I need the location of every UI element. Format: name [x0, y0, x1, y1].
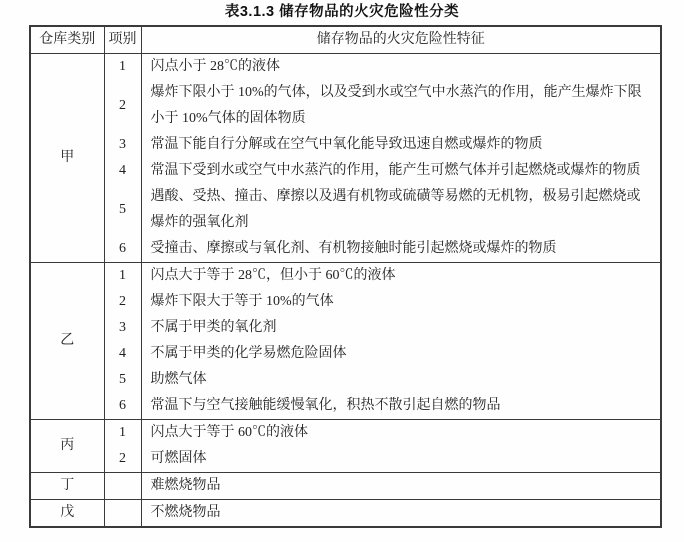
table-row: 乙 1 闪点大于等于 28℃，但小于 60℃的液体: [30, 263, 661, 290]
table-row: 2 可燃固体: [30, 446, 661, 473]
feature-cell: 爆炸下限小于 10%的气体，以及受到水或空气中水蒸汽的作用，能产生爆炸下限小于 …: [141, 80, 661, 132]
table-row: 3 不属于甲类的氧化剂: [30, 315, 661, 341]
feature-cell: 常温下与空气接触能缓慢氧化，积热不散引起自燃的物品: [141, 393, 661, 420]
feature-cell: 闪点大于等于 28℃，但小于 60℃的液体: [141, 263, 661, 290]
table-title: 表3.1.3 储存物品的火灾危险性分类: [0, 0, 684, 23]
item-no-cell: 2: [104, 80, 141, 132]
header-row: 仓库类别 项别 储存物品的火灾危险性特征: [30, 26, 661, 54]
item-no-cell: 3: [104, 315, 141, 341]
item-no-cell: 6: [104, 236, 141, 263]
table-row: 戊 不燃烧物品: [30, 500, 661, 528]
category-cell-jia: 甲: [30, 54, 104, 263]
table-row: 4 常温下受到水或空气中水蒸汽的作用，能产生可燃气体并引起燃烧或爆炸的物质: [30, 158, 661, 184]
feature-cell: 助燃气体: [141, 367, 661, 393]
item-no-cell: 6: [104, 393, 141, 420]
table-row: 4 不属于甲类的化学易燃危险固体: [30, 341, 661, 367]
item-no-cell: 4: [104, 158, 141, 184]
table-row: 甲 1 闪点小于 28℃的液体: [30, 54, 661, 81]
item-no-cell: 1: [104, 54, 141, 81]
table-row: 2 爆炸下限大于等于 10%的气体: [30, 289, 661, 315]
category-section-ding: 丁 难燃烧物品: [30, 473, 661, 500]
item-no-cell: 1: [104, 263, 141, 290]
feature-cell: 爆炸下限大于等于 10%的气体: [141, 289, 661, 315]
feature-cell: 受撞击、摩擦或与氧化剂、有机物接触时能引起燃烧或爆炸的物质: [141, 236, 661, 263]
item-no-cell: 5: [104, 184, 141, 236]
feature-cell: 常温下能自行分解或在空气中氧化能导致迅速自燃或爆炸的物质: [141, 132, 661, 158]
category-section-wu: 戊 不燃烧物品: [30, 500, 661, 528]
col-header-hazard-feature: 储存物品的火灾危险性特征: [141, 26, 661, 54]
feature-cell: 不燃烧物品: [141, 500, 661, 528]
feature-cell: 难燃烧物品: [141, 473, 661, 500]
table-row: 6 受撞击、摩擦或与氧化剂、有机物接触时能引起燃烧或爆炸的物质: [30, 236, 661, 263]
item-no-cell: 5: [104, 367, 141, 393]
table-row: 6 常温下与空气接触能缓慢氧化，积热不散引起自燃的物品: [30, 393, 661, 420]
item-no-cell: 1: [104, 420, 141, 447]
category-cell-wu: 戊: [30, 500, 104, 528]
item-no-cell: [104, 473, 141, 500]
item-no-cell: 3: [104, 132, 141, 158]
category-section-jia: 甲 1 闪点小于 28℃的液体 2 爆炸下限小于 10%的气体，以及受到水或空气…: [30, 54, 661, 263]
document-page: 表3.1.3 储存物品的火灾危险性分类 仓库类别 项别 储存物品的火灾危险性特征…: [0, 0, 684, 542]
table-row: 5 助燃气体: [30, 367, 661, 393]
category-cell-ding: 丁: [30, 473, 104, 500]
col-header-item-no: 项别: [104, 26, 141, 54]
table-row: 3 常温下能自行分解或在空气中氧化能导致迅速自燃或爆炸的物质: [30, 132, 661, 158]
feature-cell: 闪点大于等于 60℃的液体: [141, 420, 661, 447]
table-row: 2 爆炸下限小于 10%的气体，以及受到水或空气中水蒸汽的作用，能产生爆炸下限小…: [30, 80, 661, 132]
category-section-bing: 丙 1 闪点大于等于 60℃的液体 2 可燃固体: [30, 420, 661, 473]
category-cell-yi: 乙: [30, 263, 104, 420]
table-row: 5 遇酸、受热、撞击、摩擦以及遇有机物或硫磺等易燃的无机物，极易引起燃烧或爆炸的…: [30, 184, 661, 236]
table-header: 仓库类别 项别 储存物品的火灾危险性特征: [30, 26, 661, 54]
item-no-cell: 2: [104, 446, 141, 473]
feature-cell: 闪点小于 28℃的液体: [141, 54, 661, 81]
feature-cell: 遇酸、受热、撞击、摩擦以及遇有机物或硫磺等易燃的无机物，极易引起燃烧或爆炸的强氧…: [141, 184, 661, 236]
feature-cell: 不属于甲类的氧化剂: [141, 315, 661, 341]
category-cell-bing: 丙: [30, 420, 104, 473]
category-section-yi: 乙 1 闪点大于等于 28℃，但小于 60℃的液体 2 爆炸下限大于等于 10%…: [30, 263, 661, 420]
feature-cell: 常温下受到水或空气中水蒸汽的作用，能产生可燃气体并引起燃烧或爆炸的物质: [141, 158, 661, 184]
feature-cell: 不属于甲类的化学易燃危险固体: [141, 341, 661, 367]
table-row: 丁 难燃烧物品: [30, 473, 661, 500]
item-no-cell: 2: [104, 289, 141, 315]
item-no-cell: [104, 500, 141, 528]
item-no-cell: 4: [104, 341, 141, 367]
fire-hazard-classification-table: 仓库类别 项别 储存物品的火灾危险性特征 甲 1 闪点小于 28℃的液体 2 爆…: [29, 25, 662, 528]
table-row: 丙 1 闪点大于等于 60℃的液体: [30, 420, 661, 447]
feature-cell: 可燃固体: [141, 446, 661, 473]
col-header-warehouse-category: 仓库类别: [30, 26, 104, 54]
